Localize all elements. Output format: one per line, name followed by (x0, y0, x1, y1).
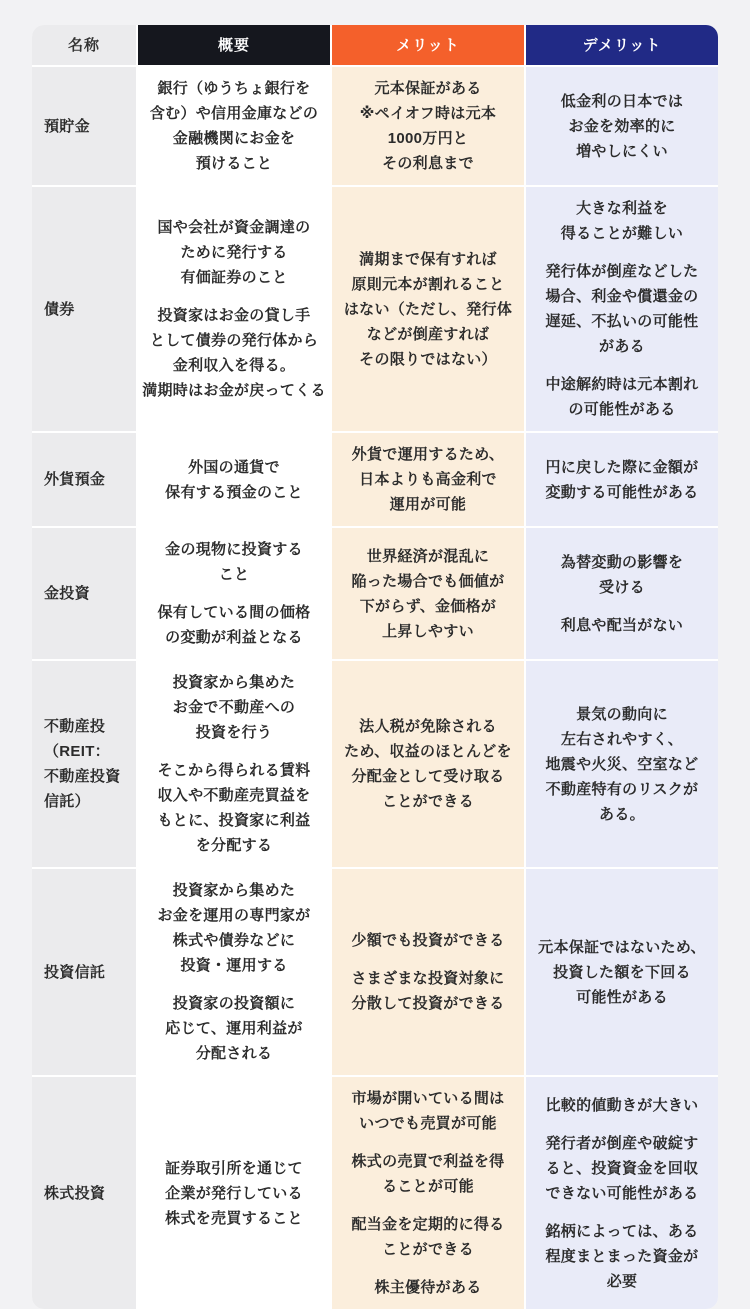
row-reit-name: 不動産投 （REIT： 不動産投資 信託） (32, 661, 136, 867)
row-reit-merit: 法人税が免除される ため、収益のほとんどを 分配金として受け取る ことができる (332, 661, 524, 867)
row-foreign-currency-name: 外貨預金 (32, 433, 136, 526)
row-gold-name: 金投資 (32, 528, 136, 659)
row-bonds-demerit: 大きな利益を 得ることが難しい発行体が倒産などした 場合、利金や償還金の 遅延、… (526, 187, 718, 431)
row-stocks-demerit: 比較的値動きが大きい発行者が倒産や破綻す ると、投資資金を回収 できない可能性が… (526, 1077, 718, 1309)
row-stocks-overview: 証券取引所を通じて 企業が発行している 株式を売買すること (138, 1077, 330, 1309)
row-reit-overview: 投資家から集めた お金で不動産への 投資を行うそこから得られる賃料 収入や不動産… (138, 661, 330, 867)
row-savings-name: 預貯金 (32, 67, 136, 185)
row-stocks-merit: 市場が開いている間は いつでも売買が可能株式の売買で利益を得 ることが可能配当金… (332, 1077, 524, 1309)
row-bonds-name: 債券 (32, 187, 136, 431)
row-foreign-currency-demerit: 円に戻した際に金額が 変動する可能性がある (526, 433, 718, 526)
header-merit: メリット (332, 25, 524, 65)
row-savings-merit: 元本保証がある ※ペイオフ時は元本 1000万円と その利息まで (332, 67, 524, 185)
row-mutual-fund-overview: 投資家から集めた お金を運用の専門家が 株式や債券などに 投資・運用する投資家の… (138, 869, 330, 1075)
row-reit-demerit: 景気の動向に 左右されやすく、 地震や火災、空室など 不動産特有のリスクが ある… (526, 661, 718, 867)
row-mutual-fund-demerit: 元本保証ではないため、 投資した額を下回る 可能性がある (526, 869, 718, 1075)
header-name: 名称 (32, 25, 136, 65)
row-gold-overview: 金の現物に投資する こと保有している間の価格 の変動が利益となる (138, 528, 330, 659)
row-savings-overview: 銀行（ゆうちょ銀行を 含む）や信用金庫などの 金融機関にお金を 預けること (138, 67, 330, 185)
row-stocks-name: 株式投資 (32, 1077, 136, 1309)
row-gold-merit: 世界経済が混乱に 陥った場合でも価値が 下がらず、金価格が 上昇しやすい (332, 528, 524, 659)
row-foreign-currency-merit: 外貨で運用するため、 日本よりも高金利で 運用が可能 (332, 433, 524, 526)
row-savings-demerit: 低金利の日本では お金を効率的に 増やしにくい (526, 67, 718, 185)
header-overview: 概要 (138, 25, 330, 65)
row-foreign-currency-overview: 外国の通貨で 保有する預金のこと (138, 433, 330, 526)
header-demerit: デメリット (526, 25, 718, 65)
row-mutual-fund-merit: 少額でも投資ができるさまざまな投資対象に 分散して投資ができる (332, 869, 524, 1075)
row-bonds-merit: 満期まで保有すれば 原則元本が割れること はない（ただし、発行体 などが倒産すれ… (332, 187, 524, 431)
row-mutual-fund-name: 投資信託 (32, 869, 136, 1075)
comparison-table: 名称 概要 メリット デメリット 預貯金 銀行（ゆうちょ銀行を 含む）や信用金庫… (32, 25, 718, 1309)
row-bonds-overview: 国や会社が資金調達の ために発行する 有価証券のこと投資家はお金の貸し手 として… (138, 187, 330, 431)
row-gold-demerit: 為替変動の影響を 受ける利息や配当がない (526, 528, 718, 659)
